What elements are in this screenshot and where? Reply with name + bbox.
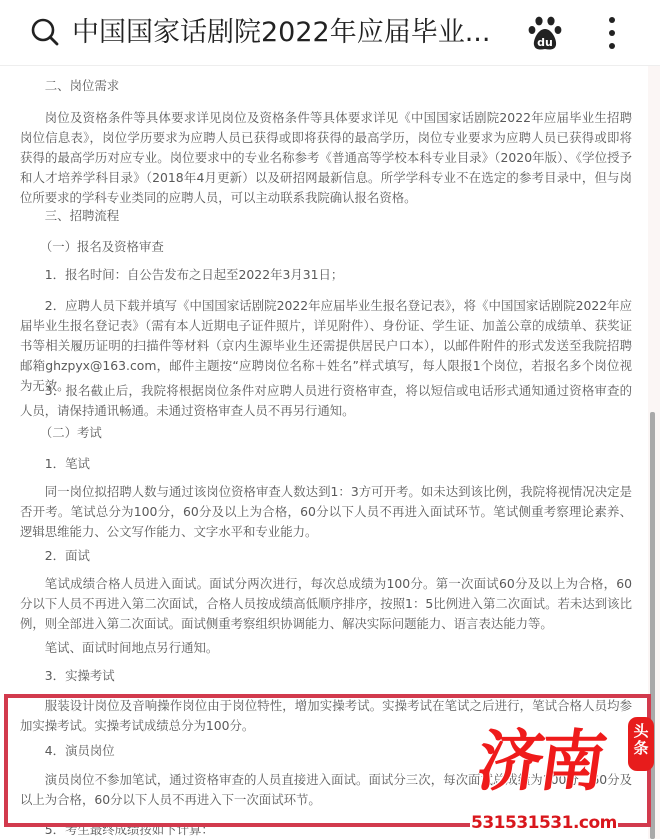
subheading-registration: （一）报名及资格审查 bbox=[20, 237, 648, 257]
heading-final-score: 5．考生最终成绩按如下计算： bbox=[20, 820, 648, 839]
heading-interview: 2．面试 bbox=[20, 546, 648, 566]
paragraph-job-requirements: 岗位及资格条件等具体要求详见岗位及资格条件等具体要求详见《中国国家话剧院2022… bbox=[20, 108, 632, 208]
heading-actor-position: 4．演员岗位 bbox=[20, 741, 648, 761]
section-heading-job-requirements: 二、岗位需求 bbox=[20, 76, 648, 96]
baidu-paw-icon[interactable]: du bbox=[527, 14, 563, 52]
paragraph-registration-time: 1．报名时间：自公告发布之日起至2022年3月31日； bbox=[20, 265, 648, 285]
paragraph-actor-position: 演员岗位不参加笔试，通过资格审查的人员直接进入面试。面试分三次，每次面试总成绩为… bbox=[20, 770, 632, 810]
subheading-exam: （二）考试 bbox=[20, 423, 648, 443]
article-content: 二、岗位需求 岗位及资格条件等具体要求详见岗位及资格条件等具体要求详见《中国国家… bbox=[0, 66, 648, 839]
more-vertical-icon[interactable] bbox=[605, 14, 619, 52]
paragraph-practical-exam: 服装设计岗位及音响操作岗位由于岗位特性，增加实操考试。实操考试在笔试之后进行，笔… bbox=[20, 696, 632, 736]
paragraph-interview: 笔试成绩合格人员进入面试。面试分两次进行，每次总成绩为100分。第一次面试60分… bbox=[20, 574, 632, 634]
heading-written-exam: 1．笔试 bbox=[20, 454, 648, 474]
paragraph-time-location-notice: 笔试、面试时间地点另行通知。 bbox=[20, 638, 648, 658]
paragraph-written-exam: 同一岗位拟招聘人数与通过该岗位资格审查人数达到1：3方可开考。如未达到该比例，我… bbox=[20, 482, 632, 542]
paragraph-qualification-review: 3．报名截止后，我院将根据岗位条件对应聘人员进行资格审查，将以短信或电话形式通知… bbox=[20, 381, 632, 421]
scrollbar[interactable] bbox=[650, 412, 655, 839]
search-icon[interactable] bbox=[30, 17, 60, 47]
top-bar: 中国国家话剧院2022年应届毕业... du bbox=[0, 0, 660, 66]
svg-text:du: du bbox=[537, 36, 553, 49]
heading-practical-exam: 3．实操考试 bbox=[20, 666, 648, 686]
section-heading-recruitment-process: 三、招聘流程 bbox=[20, 206, 648, 226]
page-title[interactable]: 中国国家话剧院2022年应届毕业... bbox=[72, 14, 512, 52]
